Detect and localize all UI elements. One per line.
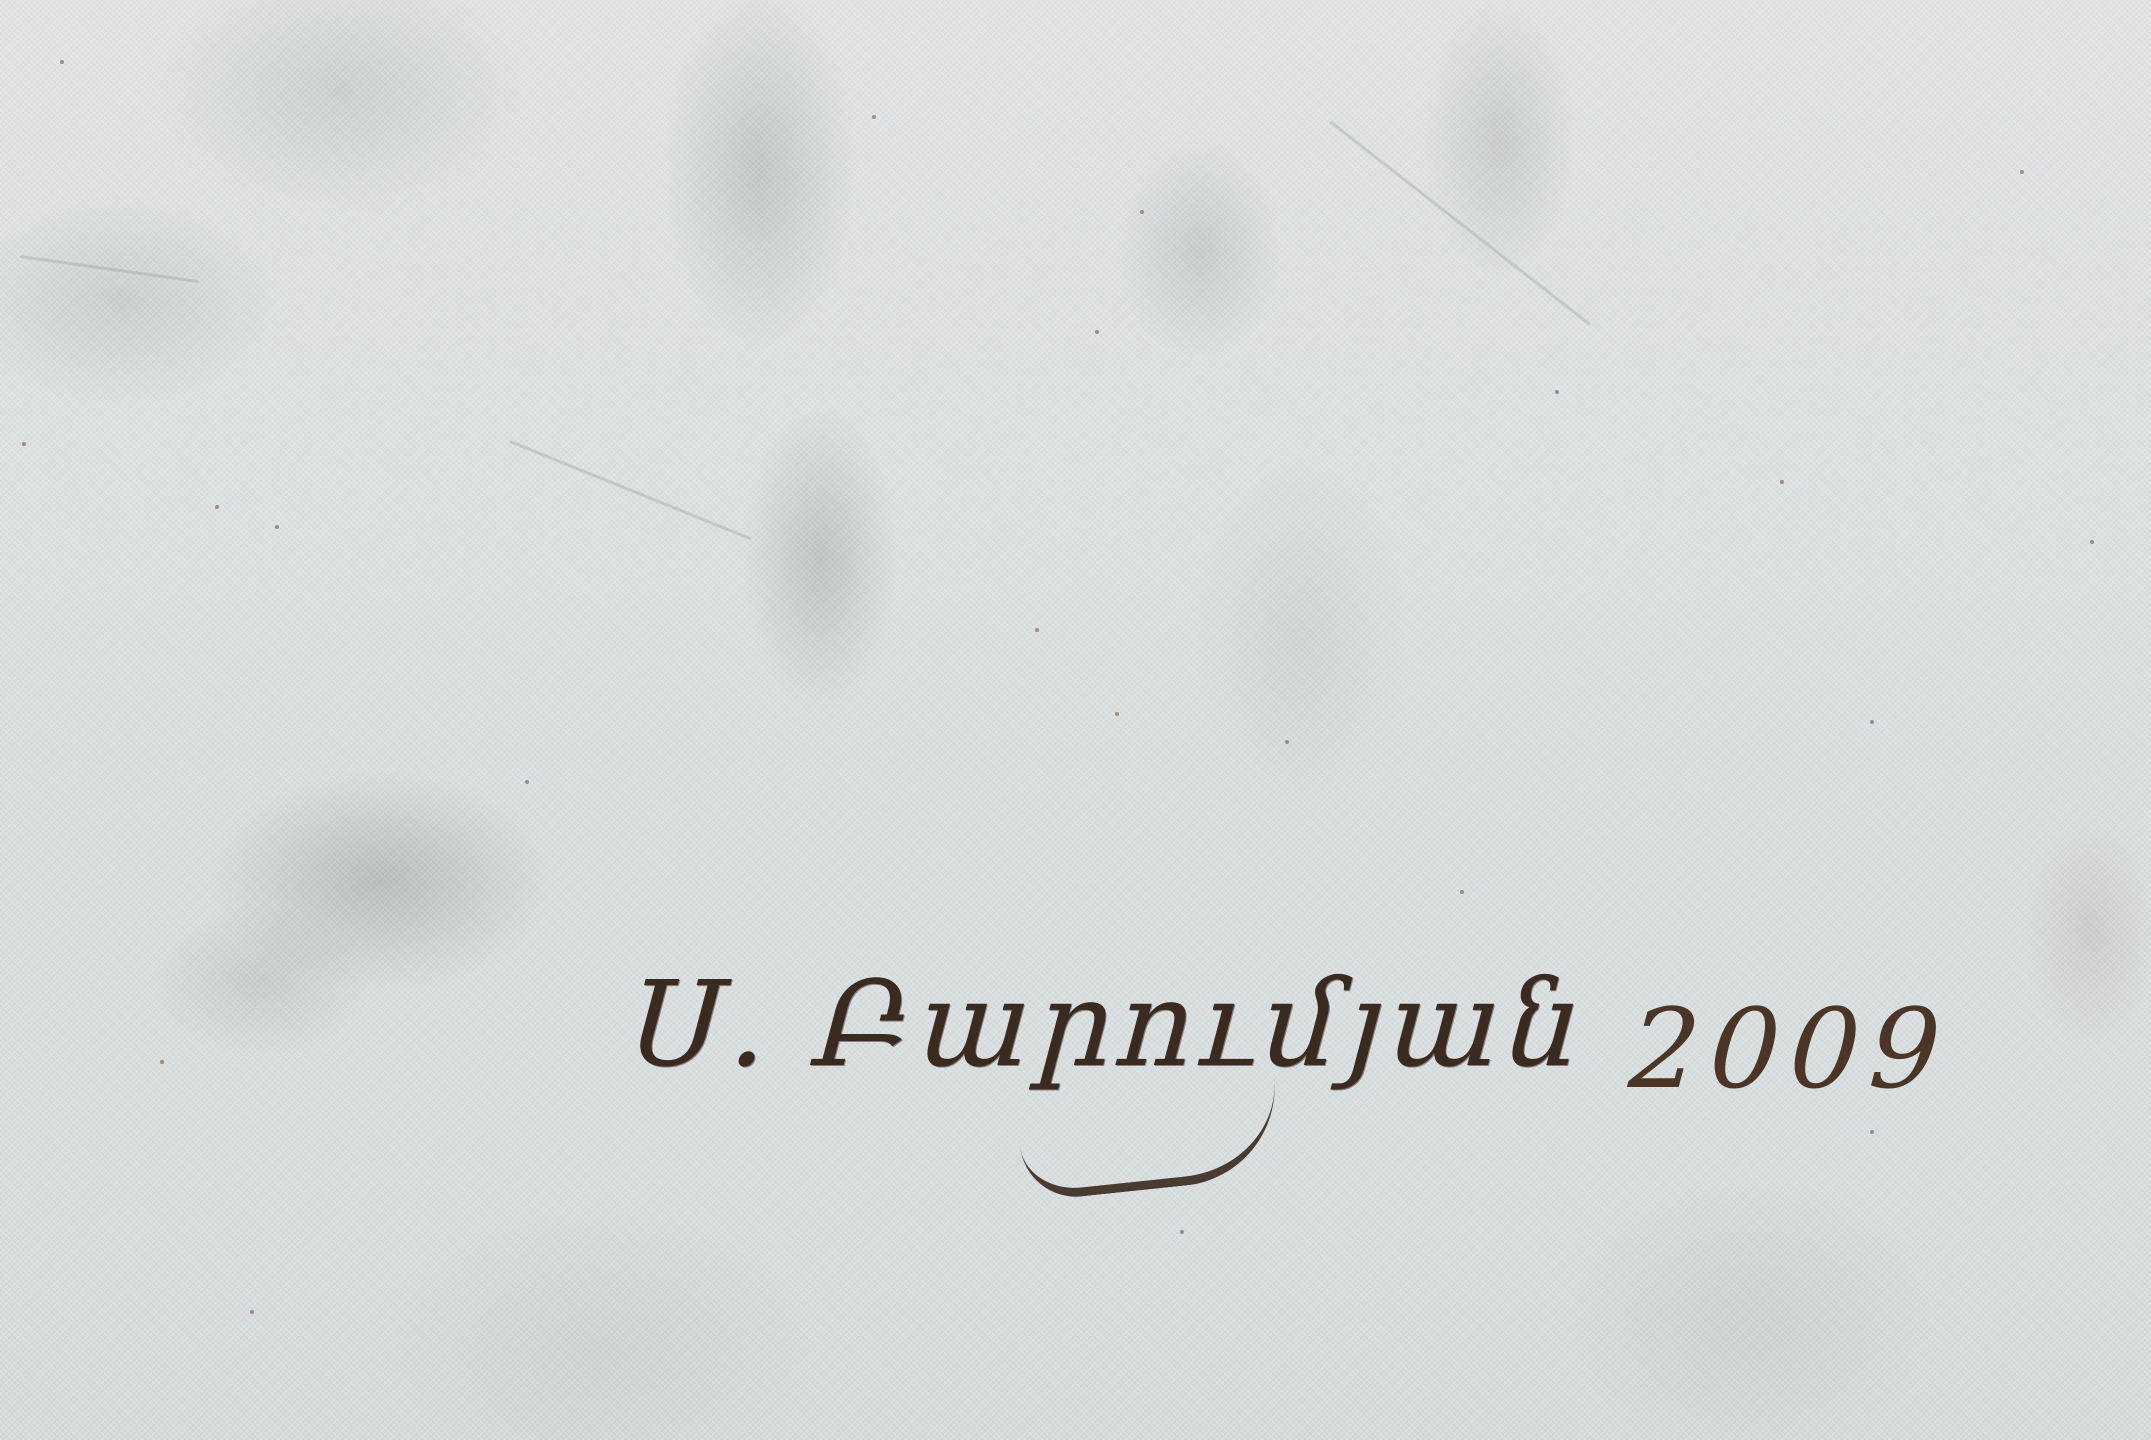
paint-speck [1460, 890, 1464, 894]
paint-speck [22, 442, 26, 446]
painted-canvas: Ս. Բարումյան 2009 [0, 0, 2151, 1440]
artist-signature: Ս. Բարումյան [625, 955, 1593, 1093]
paint-speck [160, 1060, 164, 1064]
paint-speck [1140, 210, 1144, 214]
paint-speck [60, 60, 64, 64]
paint-speck [1285, 740, 1289, 744]
brush-stroke [509, 440, 751, 540]
paint-speck [525, 780, 529, 784]
paint-speck [1870, 720, 1874, 724]
paint-speck [215, 505, 219, 509]
paint-speck [1870, 1130, 1874, 1134]
canvas-texture [0, 0, 2151, 1440]
signature-year: 2009 [1626, 985, 1955, 1113]
paint-speck [1780, 480, 1784, 484]
brush-stroke [20, 255, 199, 283]
paint-speck [1555, 390, 1559, 394]
paint-speck [275, 525, 279, 529]
paint-speck [1180, 1230, 1184, 1234]
paint-speck [2090, 540, 2094, 544]
paint-speck [250, 1310, 254, 1314]
paint-speck [1035, 628, 1039, 632]
paint-speck [872, 115, 876, 119]
brush-stroke [1329, 120, 1591, 326]
signature-flourish [1016, 1077, 1285, 1203]
paint-speck [2020, 170, 2024, 174]
paint-speck [1095, 330, 1099, 334]
paint-speck [1115, 712, 1119, 716]
